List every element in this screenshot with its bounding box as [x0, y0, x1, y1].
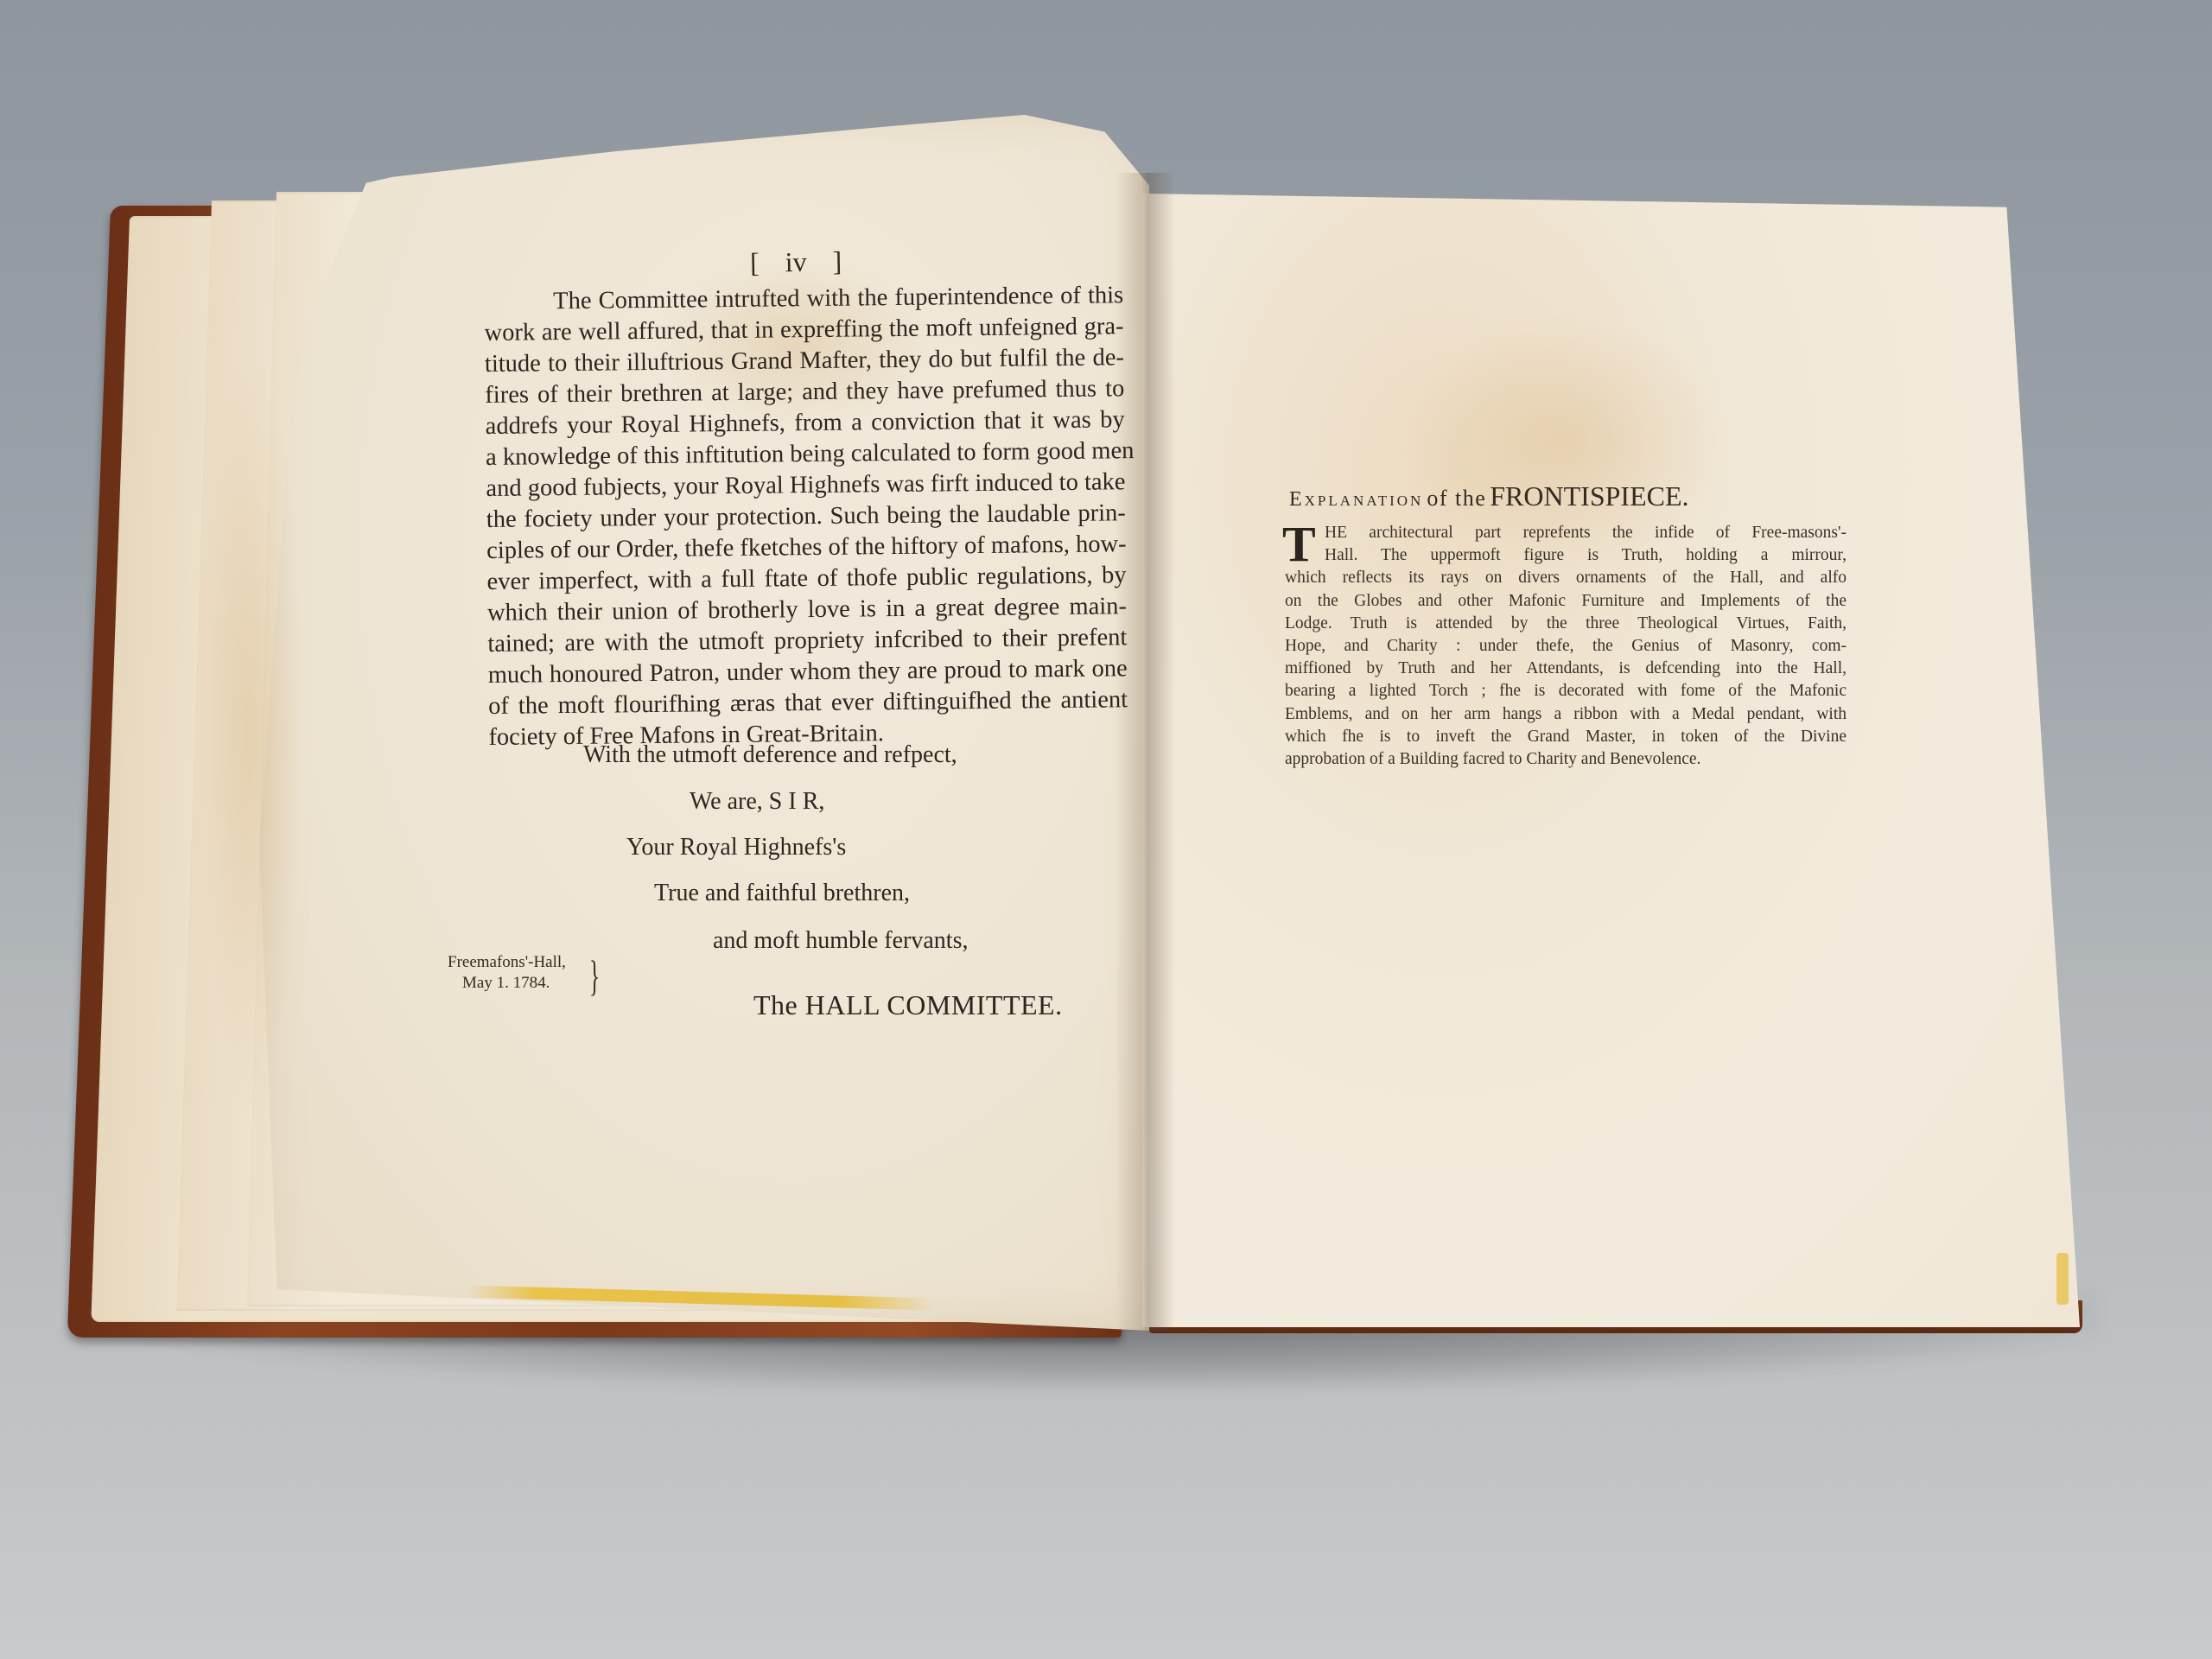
text-line: Lodge. Truth is attended by the three Th… — [1285, 613, 1847, 635]
frontispiece-heading: Explanation of the FRONTISPIECE. — [1289, 480, 1689, 512]
place-line: Freemafons'-Hall, — [448, 953, 566, 972]
text-line: Hope, and Charity : under thefe, the Gen… — [1285, 635, 1847, 658]
text-line: on the Globes and other Mafonic Furnitur… — [1285, 590, 1847, 613]
text-line: miffioned by Truth and her Attendants, i… — [1285, 658, 1847, 680]
signature: The HALL COMMITTEE. — [753, 989, 1063, 1021]
date-line: May 1. 1784. — [462, 974, 550, 993]
closing-line: We are, S I R, — [690, 788, 824, 816]
text-line: Emblems, and on her arm hangs a ribbon w… — [1285, 703, 1847, 726]
right-body-text: HE architectural part reprefents the inf… — [1285, 522, 1847, 771]
brace-glyph: } — [589, 950, 600, 1001]
closing-line: True and faithful brethren, — [654, 880, 910, 907]
text-line: which fhe is to inveft the Grand Master,… — [1285, 726, 1847, 748]
text-line: bearing a lighted Torch ; fhe is decorat… — [1285, 680, 1847, 702]
heading-explanation: Explanation — [1289, 488, 1423, 511]
page-number: [ iv ] — [750, 245, 842, 279]
foxing-stain — [199, 346, 302, 1123]
text-line: Hall. The uppermoft figure is Truth, hol… — [1285, 544, 1847, 567]
text-line: which reflects its rays on divers orname… — [1285, 567, 1847, 589]
heading-of-the: of the — [1427, 486, 1486, 511]
closing-line: and moft humble fervants, — [713, 927, 968, 955]
closing-line: With the utmoft deference and refpect, — [583, 741, 957, 769]
heading-frontispiece: FRONTISPIECE. — [1490, 480, 1688, 512]
text-line: approbation of a Building facred to Char… — [1285, 748, 1847, 771]
left-body-text: The Committee intrufted with the fuperin… — [484, 278, 1128, 753]
photo-scene: [ iv ] The Committee intrufted with the … — [0, 0, 2212, 1659]
closing-line: Your Royal Highnefs's — [626, 834, 846, 861]
text-line: HE architectural part reprefents the inf… — [1285, 522, 1847, 544]
right-yellow-edge — [2056, 1253, 2069, 1305]
